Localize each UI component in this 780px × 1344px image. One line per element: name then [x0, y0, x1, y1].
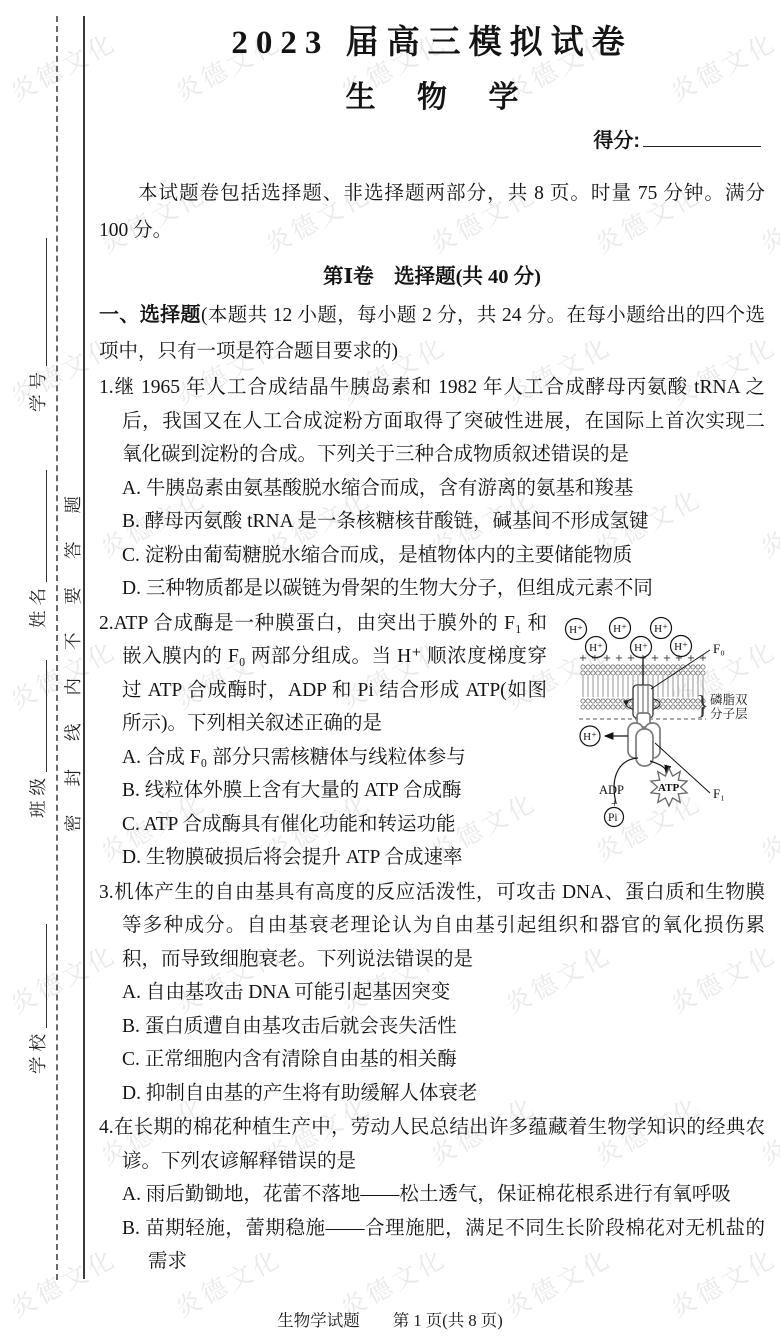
svg-text:+: +	[579, 653, 587, 664]
student-number-field: 学号	[25, 238, 50, 412]
svg-text:H⁺: H⁺	[654, 623, 668, 635]
f1-subunit	[628, 713, 660, 766]
svg-text:+: +	[615, 653, 623, 664]
question-2-text: ATP 合成酶是一种膜蛋白，由突出于膜外的 F₁ 和嵌入膜内的 F₀ 两部分组成…	[114, 613, 547, 735]
question-4-option-b: B. 苗期轻施，蕾期稳施——合理施肥，满足不同生长阶段棉花对无机盐的需求	[99, 1212, 765, 1279]
svg-text:+: +	[651, 653, 659, 664]
student-number-label: 学号	[28, 367, 48, 412]
school-label: 学校	[28, 1029, 48, 1074]
question-4-stem: 4.在长期的棉花种植生产中，劳动人民总结出许多蕴藏着生物学知识的经典农谚。下列农…	[99, 1111, 765, 1178]
svg-text:H⁺: H⁺	[613, 623, 627, 635]
subject-title: 生 物 学	[99, 72, 765, 116]
question-3-option-a: A. 自由基攻击 DNA 可能引起基因突变	[99, 976, 765, 1010]
class-blank-line	[29, 660, 48, 772]
question-4-option-a: A. 雨后勤锄地，花蕾不落地——松土透气，保证棉花根系进行有氧呼吸	[99, 1178, 765, 1212]
seal-line-text: 密封线内不要答题	[60, 468, 85, 832]
svg-text:H⁺: H⁺	[674, 641, 688, 653]
mcq-instructions: 一、选择题(本题共 12 小题，每小题 2 分，共 24 分。在每小题给出的四个…	[99, 297, 765, 370]
question-2-option-d: D. 生物膜破损后将会提升 ATP 合成速率	[99, 841, 765, 875]
svg-text:+: +	[603, 653, 611, 664]
atp-synthase-diagram: H⁺ H⁺ H⁺ H⁺ H⁺ H⁺ +++++++++++	[553, 607, 765, 843]
question-3-option-c: C. 正常细胞内含有清除自由基的相关酶	[99, 1043, 765, 1077]
svg-text:H⁺: H⁺	[569, 624, 583, 636]
f1-label: F₁	[713, 786, 725, 801]
school-blank-line	[29, 924, 48, 1028]
question-2-stem: H⁺ H⁺ H⁺ H⁺ H⁺ H⁺ +++++++++++	[99, 607, 765, 741]
question-4-number: 4.	[99, 1117, 114, 1138]
membrane-label-line1: 磷脂双	[710, 692, 748, 707]
question-4: 4.在长期的棉花种植生产中，劳动人民总结出许多蕴藏着生物学知识的经典农谚。下列农…	[99, 1111, 765, 1279]
seal-dotted-line	[56, 16, 58, 1280]
question-1-number: 1.	[99, 377, 114, 398]
svg-text:+: +	[675, 653, 683, 664]
svg-text:+: +	[627, 653, 635, 664]
adp-label: ADP	[599, 783, 624, 797]
question-3: 3.机体产生的自由基具有高度的反应活泼性，可攻击 DNA、蛋白质和生物膜等多种成…	[99, 876, 765, 1111]
mcq-instructions-heading: 一、选择题	[99, 304, 201, 326]
question-1-text: 继 1965 年人工合成结晶牛胰岛素和 1982 年人工合成酵母丙氨酸 tRNA…	[114, 377, 765, 465]
student-name-blank-line	[29, 470, 48, 582]
student-number-blank-line	[29, 238, 48, 366]
question-3-option-b: B. 蛋白质遭自由基攻击后就会丧失活性	[99, 1010, 765, 1044]
page-footer: 生物学试题 第 1 页(共 8 页)	[0, 1307, 780, 1331]
exam-intro: 本试题卷包括选择题、非选择题两部分，共 8 页。时量 75 分钟。满分 100 …	[99, 175, 765, 249]
question-2: H⁺ H⁺ H⁺ H⁺ H⁺ H⁺ +++++++++++	[99, 607, 765, 875]
atp-label: ATP	[658, 782, 679, 794]
question-1: 1.继 1965 年人工合成结晶牛胰岛素和 1982 年人工合成酵母丙氨酸 tR…	[99, 371, 765, 606]
question-1-stem: 1.继 1965 年人工合成结晶牛胰岛素和 1982 年人工合成酵母丙氨酸 tR…	[99, 371, 765, 472]
svg-text:H⁺: H⁺	[583, 731, 597, 743]
class-field: 班级	[25, 660, 50, 818]
page-title: 2023 届高三模拟试卷	[99, 16, 765, 63]
class-label: 班级	[28, 773, 48, 818]
question-2-number: 2.	[99, 613, 114, 634]
pi-label: Pi	[608, 812, 618, 824]
f0-label: F₀	[713, 641, 725, 656]
exam-page: 炎德文化炎德文化炎德文化炎德文化炎德文化炎德文化炎德文化炎德文化炎德文化炎德文化…	[0, 0, 780, 1344]
student-name-label: 姓名	[28, 583, 48, 628]
section-title: 第Ⅰ卷 选择题(共 40 分)	[99, 259, 765, 289]
question-4-text: 在长期的棉花种植生产中，劳动人民总结出许多蕴藏着生物学知识的经典农谚。下列农谚解…	[114, 1117, 765, 1172]
question-1-option-c: C. 淀粉由葡萄糖脱水缩合而成，是植物体内的主要储能物质	[99, 539, 765, 573]
question-3-text: 机体产生的自由基具有高度的反应活泼性，可攻击 DNA、蛋白质和生物膜等多种成分。…	[114, 882, 765, 970]
question-3-number: 3.	[99, 882, 114, 903]
student-name-field: 姓名	[25, 470, 50, 628]
h-plus-ions-outside	[566, 617, 692, 657]
membrane-brace: }	[696, 690, 709, 720]
svg-text:+: +	[663, 653, 671, 664]
membrane-label-line2: 分子层	[710, 706, 748, 721]
question-1-option-b: B. 酵母丙氨酸 tRNA 是一条核糖核苷酸链，碱基间不形成氢键	[99, 505, 765, 539]
score-row: 得分:	[99, 124, 765, 153]
question-3-option-d: D. 抑制自由基的产生将有助缓解人体衰老	[99, 1077, 765, 1111]
score-blank-line	[643, 140, 761, 147]
question-1-option-a: A. 牛胰岛素由氨基酸脱水缩合而成，含有游离的氨基和羧基	[99, 472, 765, 506]
score-label: 得分:	[593, 130, 640, 152]
svg-text:+: +	[591, 653, 599, 664]
school-field: 学校	[25, 924, 50, 1074]
question-3-stem: 3.机体产生的自由基具有高度的反应活泼性，可攻击 DNA、蛋白质和生物膜等多种成…	[99, 876, 765, 977]
question-1-option-d: D. 三种物质都是以碳链为骨架的生物大分子，但组成元素不同	[99, 572, 765, 606]
main-content: 2023 届高三模拟试卷 生 物 学 得分: 本试题卷包括选择题、非选择题两部分…	[99, 8, 765, 1279]
